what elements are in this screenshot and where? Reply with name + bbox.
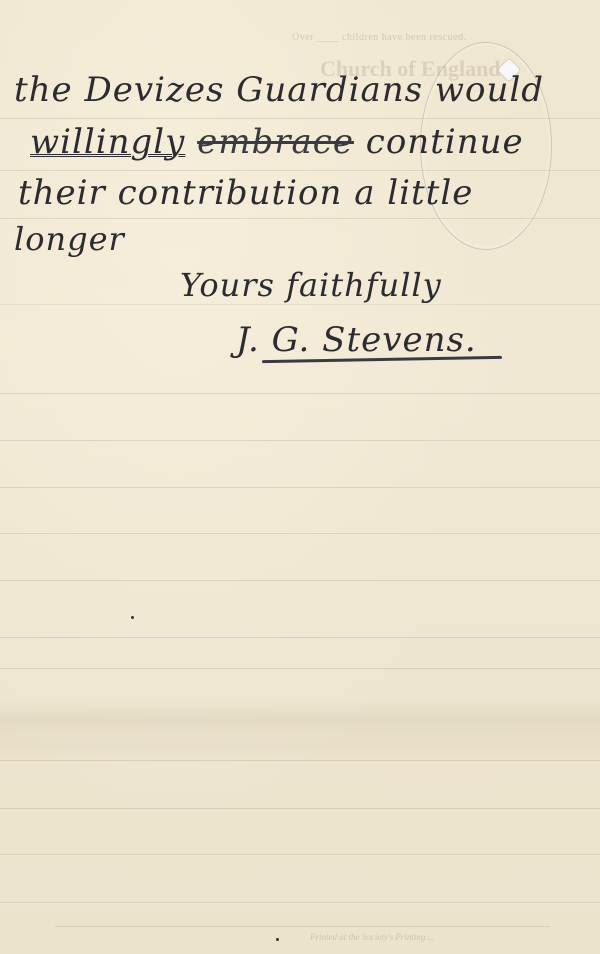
ruled-line	[0, 487, 600, 488]
body-line-1: the Devizes Guardians would	[14, 70, 544, 110]
printer-imprint-show-through: Printed at the Society's Printing ...	[310, 932, 434, 942]
ruled-line	[0, 668, 600, 669]
ruled-line	[0, 854, 600, 855]
ruled-line	[55, 926, 550, 927]
fold-line	[0, 636, 600, 638]
body-line-2-rest: continue	[366, 122, 524, 162]
ruled-line	[0, 902, 600, 903]
paper-crease	[0, 725, 600, 765]
body-line-4: longer	[14, 220, 125, 258]
struck-out-word: embrace	[197, 122, 354, 162]
body-line-2: willingly embrace continue	[30, 122, 524, 162]
ink-speck	[131, 616, 134, 619]
closing: Yours faithfully	[180, 266, 442, 304]
ink-speck	[276, 938, 279, 941]
ruled-line	[0, 533, 600, 534]
letter-page: Over ____ children have been rescued. Ch…	[0, 0, 600, 954]
letterhead-show-through-line1: Over ____ children have been rescued.	[292, 32, 467, 43]
ruled-line	[0, 808, 600, 809]
ruled-line	[0, 440, 600, 441]
signature: J. G. Stevens.	[236, 320, 477, 360]
ruled-line	[0, 393, 600, 394]
underlined-word: willingly	[30, 122, 185, 162]
body-line-3: their contribution a little	[18, 173, 473, 213]
ruled-line	[0, 580, 600, 581]
